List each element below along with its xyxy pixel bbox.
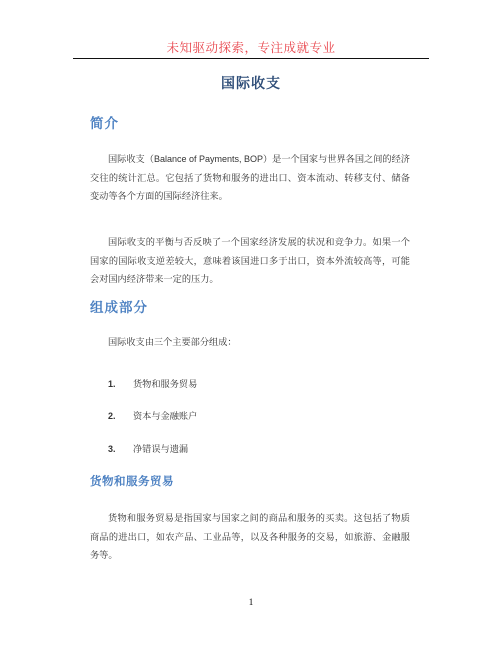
list-item: 3. 净错误与遗漏 (108, 441, 188, 455)
list-number: 1. (108, 379, 133, 389)
goods-services-paragraph: 货物和服务贸易是指国家与国家之间的商品和服务的买卖。这包括了物质商品的进出口，如… (90, 510, 410, 566)
list-label: 净错误与遗漏 (133, 441, 188, 455)
intro-paragraph-2: 国际收支的平衡与否反映了一个国家经济发展的状况和竞争力。如果一个国家的国际收支逆… (90, 234, 410, 290)
page-number: 1 (0, 597, 502, 607)
list-number: 2. (108, 411, 133, 421)
document-title: 国际收支 (0, 73, 502, 93)
components-intro: 国际收支由三个主要部分组成： (90, 334, 410, 353)
list-item: 2. 资本与金融账户 (108, 408, 197, 422)
list-label: 货物和服务贸易 (133, 376, 197, 390)
page-header-text: 未知驱动探索，专注成就专业 (73, 40, 429, 56)
section-heading-goods-services: 货物和服务贸易 (90, 473, 174, 489)
list-item: 1. 货物和服务贸易 (108, 376, 197, 390)
intro-text-before: 国际收支（ (108, 154, 154, 165)
section-heading-intro: 简介 (90, 112, 119, 132)
list-label: 资本与金融账户 (133, 408, 197, 422)
header-divider (73, 58, 429, 59)
bop-english-term: Balance of Payments, BOP (154, 154, 263, 164)
intro-paragraph-1: 国际收支（Balance of Payments, BOP）是一个国家与世界各国… (90, 150, 410, 207)
list-number: 3. (108, 444, 133, 454)
section-heading-components: 组成部分 (90, 296, 148, 316)
